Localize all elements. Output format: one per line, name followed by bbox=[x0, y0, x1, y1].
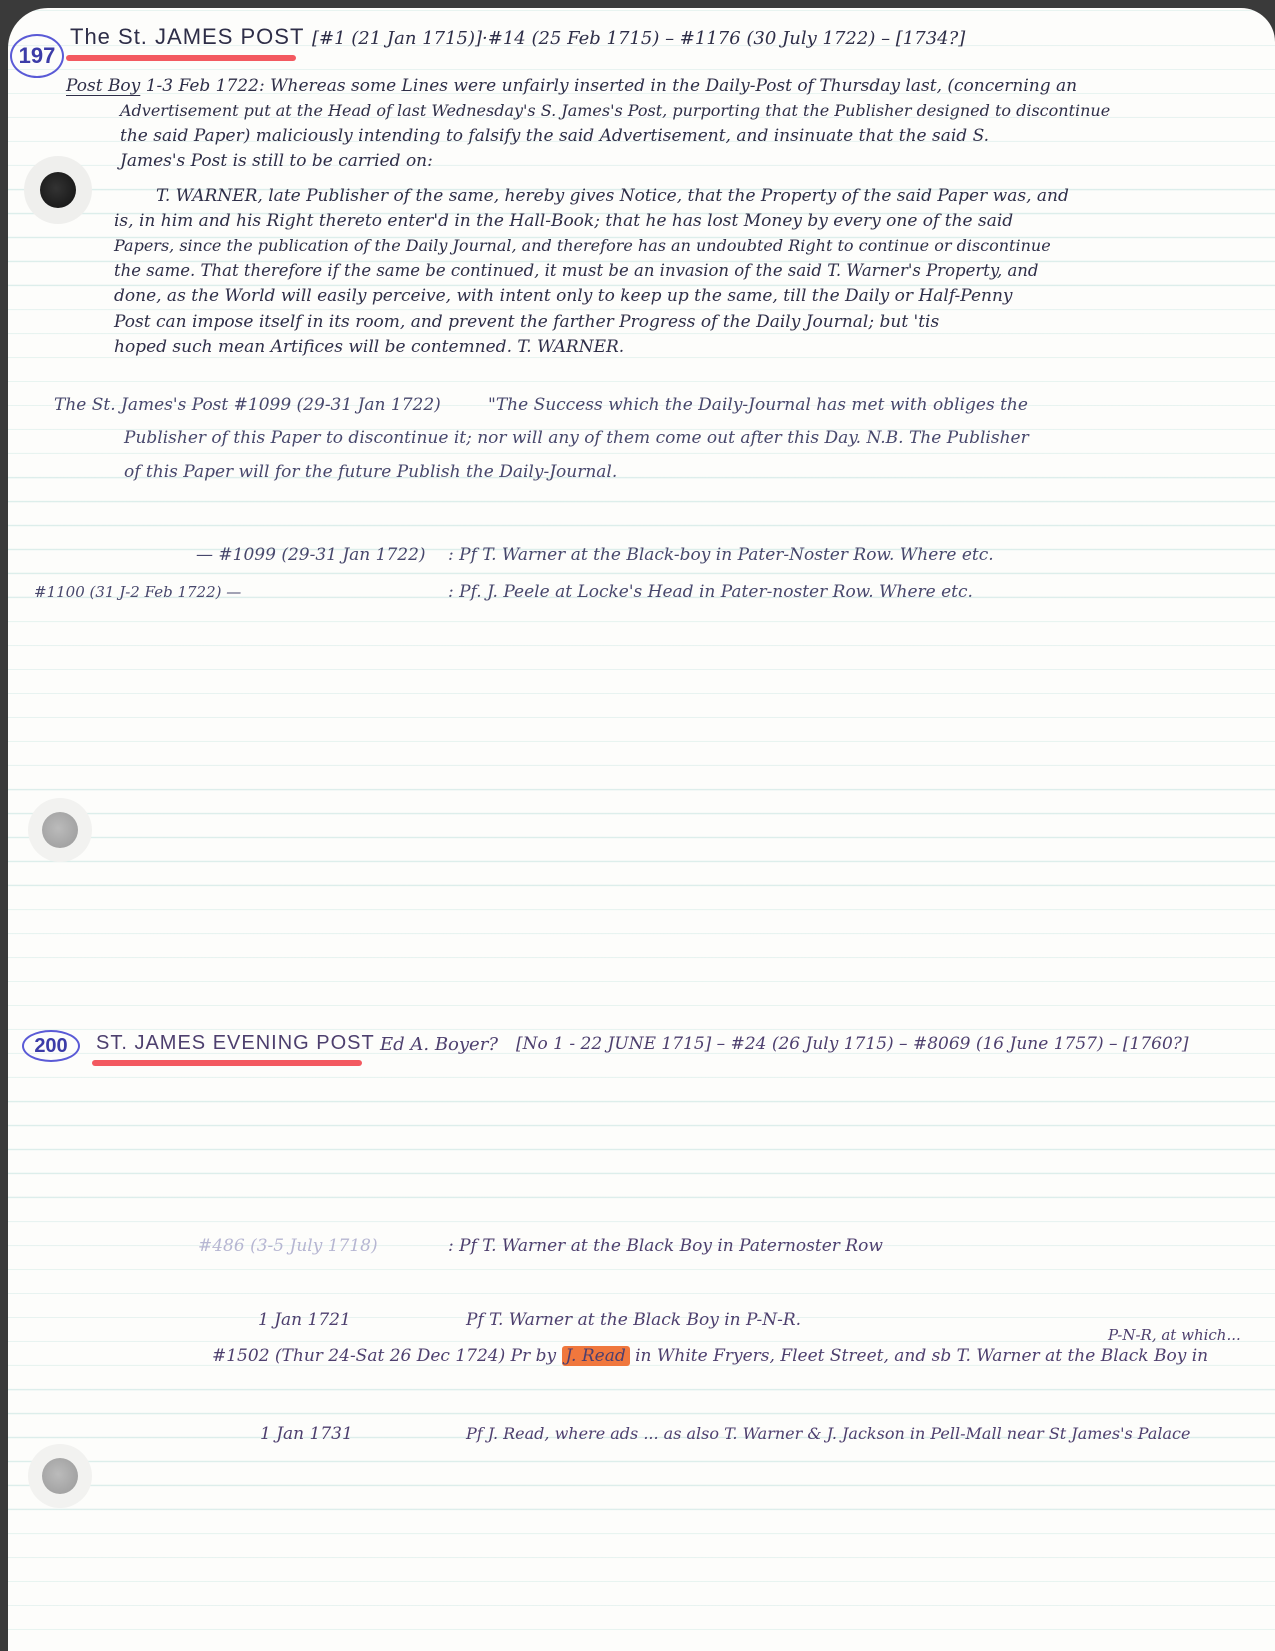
highlighted-name: J. Read bbox=[562, 1346, 630, 1366]
imprint-insert: P-N-R, at which... bbox=[1108, 1326, 1241, 1344]
imprint-text: Pr by bbox=[511, 1346, 556, 1366]
entry-number-200: 200 bbox=[22, 1030, 80, 1062]
binder-hole bbox=[42, 1458, 78, 1494]
post-boy-notice: Post Boy 1-3 Feb 1722: Whereas some Line… bbox=[66, 74, 1077, 99]
imprint-text: : Pf T. Warner at the Black Boy in Pater… bbox=[448, 1234, 883, 1259]
notice-line: done, as the World will easily perceive,… bbox=[114, 284, 1013, 309]
notice-line: Whereas some Lines were unfairly inserte… bbox=[270, 76, 1077, 96]
notice-line: the said Paper) maliciously intending to… bbox=[120, 124, 989, 149]
quote-line: of this Paper will for the future Publis… bbox=[124, 460, 617, 485]
source-label: Post Boy bbox=[66, 76, 140, 96]
notice-line: T. WARNER, late Publisher of the same, h… bbox=[156, 184, 1069, 209]
imprint-issue: #1502 (Thur 24-Sat 26 Dec 1724) bbox=[212, 1346, 505, 1366]
binder-hole bbox=[40, 172, 76, 208]
source-date: 1-3 Feb 1722: bbox=[146, 76, 265, 96]
title-underline bbox=[66, 55, 296, 61]
imprint-text: Pf J. Read, where ads ... as also T. War… bbox=[466, 1422, 1190, 1447]
entry-title: ST. JAMES EVENING POST bbox=[96, 1032, 375, 1055]
imprint-text: in White Fryers, Fleet Street, and sb T.… bbox=[635, 1346, 1208, 1366]
title-underline bbox=[92, 1060, 362, 1066]
imprint-issue: 1 Jan 1731 bbox=[260, 1422, 353, 1447]
notice-line: Advertisement put at the Head of last We… bbox=[120, 99, 1110, 124]
notice-line: James's Post is still to be carried on: bbox=[120, 149, 433, 174]
quote-source: The St. James's Post #1099 (29-31 Jan 17… bbox=[54, 393, 441, 418]
notice-line: hoped such mean Artifices will be contem… bbox=[114, 335, 624, 360]
notice-line: the same. That therefore if the same be … bbox=[114, 259, 1039, 284]
imprint-issue: 1 Jan 1721 bbox=[258, 1308, 351, 1333]
imprint-text: : Pf. J. Peele at Locke's Head in Pater-… bbox=[448, 580, 973, 605]
quote-line: Publisher of this Paper to discontinue i… bbox=[124, 426, 1029, 451]
imprint-text: Pf T. Warner at the Black Boy in P-N-R. bbox=[466, 1308, 801, 1333]
editor: Ed A. Boyer? bbox=[380, 1034, 498, 1055]
imprint-issue: #486 (3-5 July 1718) bbox=[198, 1234, 378, 1259]
notebook-page: 197 The St. JAMES POST [#1 (21 Jan 1715)… bbox=[8, 8, 1275, 1651]
imprint-issue: — #1099 (29-31 Jan 1722) bbox=[196, 543, 426, 568]
notice-line: is, in him and his Right thereto enter'd… bbox=[114, 209, 1013, 234]
publication-run: [#1 (21 Jan 1715)]·#14 (25 Feb 1715) – #… bbox=[312, 28, 965, 49]
imprint-issue: #1100 (31 J-2 Feb 1722) — bbox=[34, 580, 241, 605]
imprint-text: : Pf T. Warner at the Black-boy in Pater… bbox=[448, 543, 994, 568]
quote-line: "The Success which the Daily-Journal has… bbox=[488, 393, 1028, 418]
imprint-row: #1502 (Thur 24-Sat 26 Dec 1724) Pr by J.… bbox=[212, 1344, 1208, 1369]
publication-run: [No 1 - 22 JUNE 1715] – #24 (26 July 171… bbox=[516, 1034, 1189, 1054]
notice-line: Post can impose itself in its room, and … bbox=[114, 310, 939, 335]
entry-number-197: 197 bbox=[10, 34, 64, 78]
notice-line: Papers, since the publication of the Dai… bbox=[114, 234, 1051, 259]
binder-hole bbox=[42, 812, 78, 848]
entry-title: The St. JAMES POST bbox=[70, 24, 304, 50]
